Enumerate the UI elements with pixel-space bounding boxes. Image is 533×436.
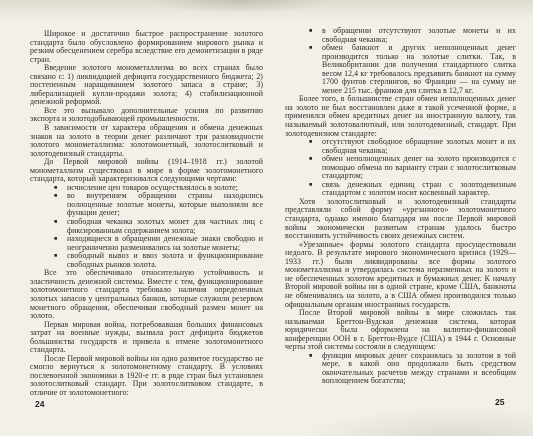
paragraph: Все это обеспечивало относительную устой…	[30, 269, 263, 320]
bullet-list: ■ отсутствуют свободное обращение золоты…	[285, 138, 516, 198]
paragraph: После Первой мировой войны ни одно разви…	[30, 355, 263, 398]
list-item-text: в обращении отсутствуют золотые монеты и…	[322, 27, 516, 44]
paragraph: В зависимости от характера обращения и о…	[30, 124, 263, 158]
list-item: ■ отсутствуют свободное обращение золоты…	[309, 138, 516, 155]
paragraph: Введение золотого монометаллизма во всех…	[30, 64, 263, 107]
paragraph: Более того, в большинстве стран обмен не…	[285, 95, 516, 138]
page-number-left: 24	[35, 399, 44, 409]
bullet-list: ■ в обращении отсутствуют золотые монеты…	[285, 27, 516, 95]
list-item-text: обмен банкнот и других неполноценных ден…	[322, 44, 516, 95]
bullet-square-icon: ■	[54, 192, 67, 218]
paragraph: До Первой мировой войны (1914–1918 гг.) …	[30, 158, 263, 184]
bullet-square-icon: ■	[54, 235, 67, 252]
bullet-list: ■ исчисление цен товаров осуществлялось …	[30, 184, 263, 269]
list-item-text: находящиеся в обращении денежные знаки с…	[67, 235, 263, 252]
bullet-square-icon: ■	[309, 27, 322, 44]
right-page-text-column: ■ в обращении отсутствуют золотые монеты…	[285, 27, 516, 386]
bullet-list: ■ функция мировых денег сохранялась за з…	[285, 352, 516, 386]
bullet-square-icon: ■	[54, 218, 67, 235]
bullet-square-icon: ■	[309, 155, 322, 181]
bullet-square-icon: ■	[309, 44, 322, 95]
list-item-text: связь денежных единиц стран с золотодеви…	[322, 181, 516, 198]
page-number-right: 25	[495, 397, 504, 407]
paragraph: Все это вызывало дополнительные усилия п…	[30, 107, 263, 124]
list-item: ■ связь денежных единиц стран с золотоде…	[309, 181, 516, 198]
list-item: ■ во внутреннем обращении страны находил…	[54, 192, 263, 218]
list-item: ■ свободная чеканка золотых монет для ча…	[54, 218, 263, 235]
paragraph: Первая мировая война, потребовавшая боль…	[30, 321, 263, 355]
list-item: ■ в обращении отсутствуют золотые монеты…	[309, 27, 516, 44]
left-page-text-column: Широкое и достаточно быстрое распростран…	[30, 30, 263, 398]
paragraph: Широкое и достаточно быстрое распростран…	[30, 30, 263, 64]
bullet-square-icon: ■	[54, 252, 67, 269]
paragraph: Хотя золотослитковый и золотодевизный ст…	[285, 198, 516, 241]
list-item: ■ функция мировых денег сохранялась за з…	[309, 352, 516, 386]
bullet-square-icon: ■	[54, 184, 67, 193]
list-item-text: обмен неполноценных денег на золото прои…	[322, 155, 516, 181]
list-item: ■ обмен банкнот и других неполноценных д…	[309, 44, 516, 95]
list-item-text: отсутствуют свободное обращение золотых …	[322, 138, 516, 155]
list-item-text: свободная чеканка золотых монет для част…	[67, 218, 263, 235]
list-item: ■ свободный вывоз и ввоз золота и функци…	[54, 252, 263, 269]
book-scan: { "meta": { "bullet_glyph": "■", "paper_…	[0, 0, 533, 436]
list-item: ■ находящиеся в обращении денежные знаки…	[54, 235, 263, 252]
paragraph: «Урезанные» формы золотого стандарта про…	[285, 241, 516, 309]
list-item-text: свободный вывоз и ввоз золота и функцион…	[67, 252, 263, 269]
list-item: ■ обмен неполноценных денег на золото пр…	[309, 155, 516, 181]
paragraph: После Второй мировой войны в мире сложил…	[285, 309, 516, 352]
bullet-square-icon: ■	[309, 181, 322, 198]
bullet-square-icon: ■	[309, 138, 322, 155]
list-item-text: во внутреннем обращении страны находилис…	[67, 192, 263, 218]
bullet-square-icon: ■	[309, 352, 322, 386]
list-item-text: функция мировых денег сохранялась за зол…	[322, 352, 516, 386]
